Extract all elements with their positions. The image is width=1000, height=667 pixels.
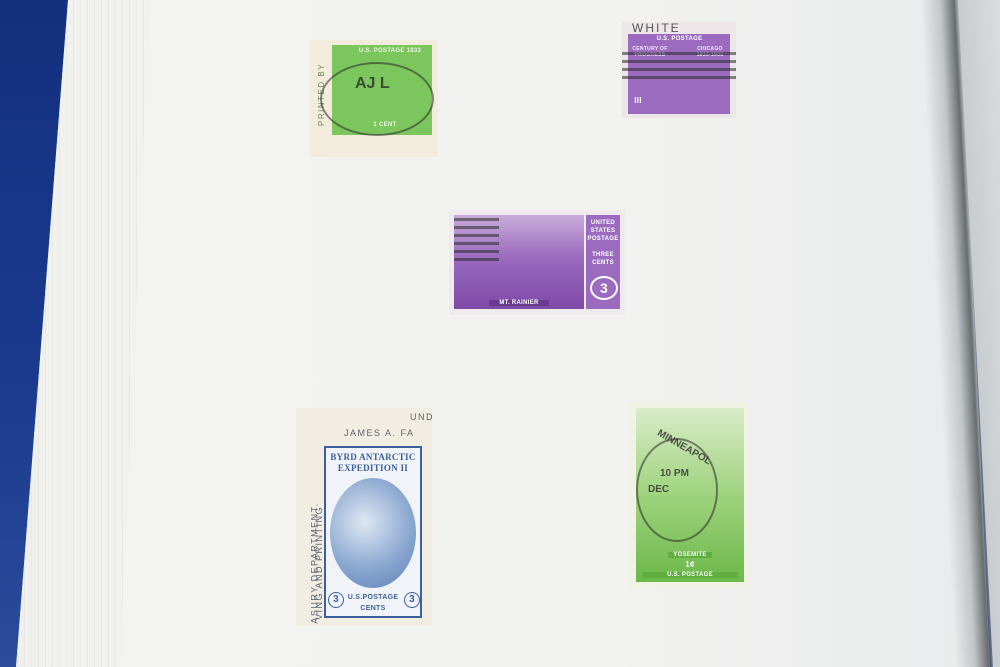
postmark-text: AJ L bbox=[355, 75, 390, 93]
stamp-denomination: III bbox=[630, 96, 646, 105]
globe-illustration bbox=[330, 478, 416, 588]
stamp-side-text-3: THREE bbox=[586, 252, 620, 258]
stamp-bottom-label: U.S.POSTAGE bbox=[342, 594, 404, 601]
stamp-caption: MT. RAINIER bbox=[489, 300, 549, 306]
stamp-side-text-4: CENTS bbox=[586, 260, 620, 266]
stamp-denomination: 1¢ bbox=[678, 560, 702, 569]
selvage-top-0: UND bbox=[410, 412, 432, 422]
stamp-century-progress-3c: WHITE U.S. POSTAGE CENTURY OF PROGRESS C… bbox=[622, 22, 736, 118]
cancel-text: WHITE bbox=[632, 22, 681, 35]
stamp-denomination: 3 bbox=[590, 276, 618, 300]
stamp-side-text-2: POSTAGE bbox=[586, 236, 620, 242]
stamp-title-0: BYRD ANTARCTIC bbox=[326, 452, 420, 462]
postmark-time: 10 PM bbox=[660, 468, 689, 479]
postmark bbox=[320, 62, 434, 136]
postmark-month: DEC bbox=[648, 484, 669, 495]
album-page bbox=[0, 0, 1000, 667]
cancel-bars bbox=[622, 52, 736, 80]
stamp-byrd-antarctic-3c: UND JAMES A. FA ASURY DEPARTMENT. VING A… bbox=[296, 408, 432, 626]
stamp-title-1: EXPEDITION II bbox=[326, 463, 420, 473]
stamp-century-progress-1c: U.S. POSTAGE 1833 1 CENT PRINTED BY AJ L bbox=[310, 40, 438, 157]
selvage-side-1: VING AND PRINTING bbox=[314, 506, 324, 620]
stamp-header: U.S. POSTAGE bbox=[642, 36, 717, 42]
stamp-caption: YOSEMITE bbox=[668, 552, 712, 558]
stamp-bottom-label: U.S. POSTAGE bbox=[642, 572, 738, 578]
stamp-value-label: CENTS bbox=[342, 605, 404, 612]
stamp-side-text-0: UNITED bbox=[586, 220, 620, 226]
selvage-top-1: JAMES A. FA bbox=[344, 428, 415, 438]
stamp-denomination-left: 3 bbox=[328, 592, 344, 608]
stamp-side-text-1: STATES bbox=[586, 228, 620, 234]
album-page-stack bbox=[0, 0, 1000, 667]
stamp-header: U.S. POSTAGE 1833 bbox=[350, 48, 430, 54]
stamp-yosemite-1c: YOSEMITE 1¢ U.S. POSTAGE MINNEAPOL 10 PM… bbox=[628, 402, 750, 588]
stamp-mt-rainier-3c: UNITED STATES POSTAGE THREE CENTS 3 MT. … bbox=[449, 210, 625, 315]
cancel-bars bbox=[454, 218, 499, 263]
stamp-denomination-right: 3 bbox=[404, 592, 420, 608]
